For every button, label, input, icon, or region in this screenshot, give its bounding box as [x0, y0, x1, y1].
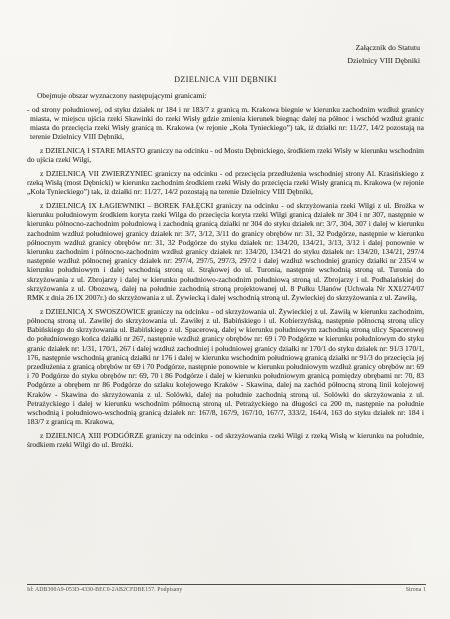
attachment-header-line-2: Dzielnicy VIII Dębniki — [27, 54, 420, 67]
paragraph-dzielnica-ix-lagiewniki-borek-falecki: z DZIELNICĄ IX ŁAGIEWNIKI – BOREK FAŁĘCK… — [27, 201, 424, 302]
paragraph-dzielnica-i-stare-miasto: z DZIELNICĄ I STARE MIASTO graniczy na o… — [27, 146, 424, 164]
scanned-document-page: Załącznik do Statutu Dzielnicy VIII Dębn… — [0, 0, 450, 619]
paragraph-southern-city-boundary: - od strony południowej, od styku działe… — [27, 105, 424, 142]
paragraph-dzielnica-x-swoszowice: z DZIELNICĄ X SWOSZOWICE graniczy na odc… — [27, 307, 424, 427]
paragraph-dzielnica-xiii-podgorze: z DZIELNICĄ XIII PODGÓRZE graniczy na od… — [27, 431, 424, 449]
document-content: Załącznik do Statutu Dzielnicy VIII Dębn… — [27, 41, 424, 449]
document-title: DZIELNICA VIII DĘBNIKI — [27, 75, 424, 85]
page-footer: Id: ADB300A9-053D-4330-BEC0-2AB2CFDBE157… — [27, 584, 426, 594]
footer-document-id: Id: ADB300A9-053D-4330-BEC0-2AB2CFDBE157… — [27, 587, 182, 594]
footer-page-number: Strona 1 — [406, 587, 426, 594]
attachment-header: Załącznik do Statutu Dzielnicy VIII Dębn… — [27, 41, 424, 67]
intro-line: Obejmuje obszar wyznaczony następującymi… — [27, 91, 424, 100]
paragraph-dzielnica-vii-zwierzyniec: z DZIELNICĄ VII ZWIERZYNIEC graniczy na … — [27, 169, 424, 197]
attachment-header-line-1: Załącznik do Statutu — [27, 41, 420, 54]
